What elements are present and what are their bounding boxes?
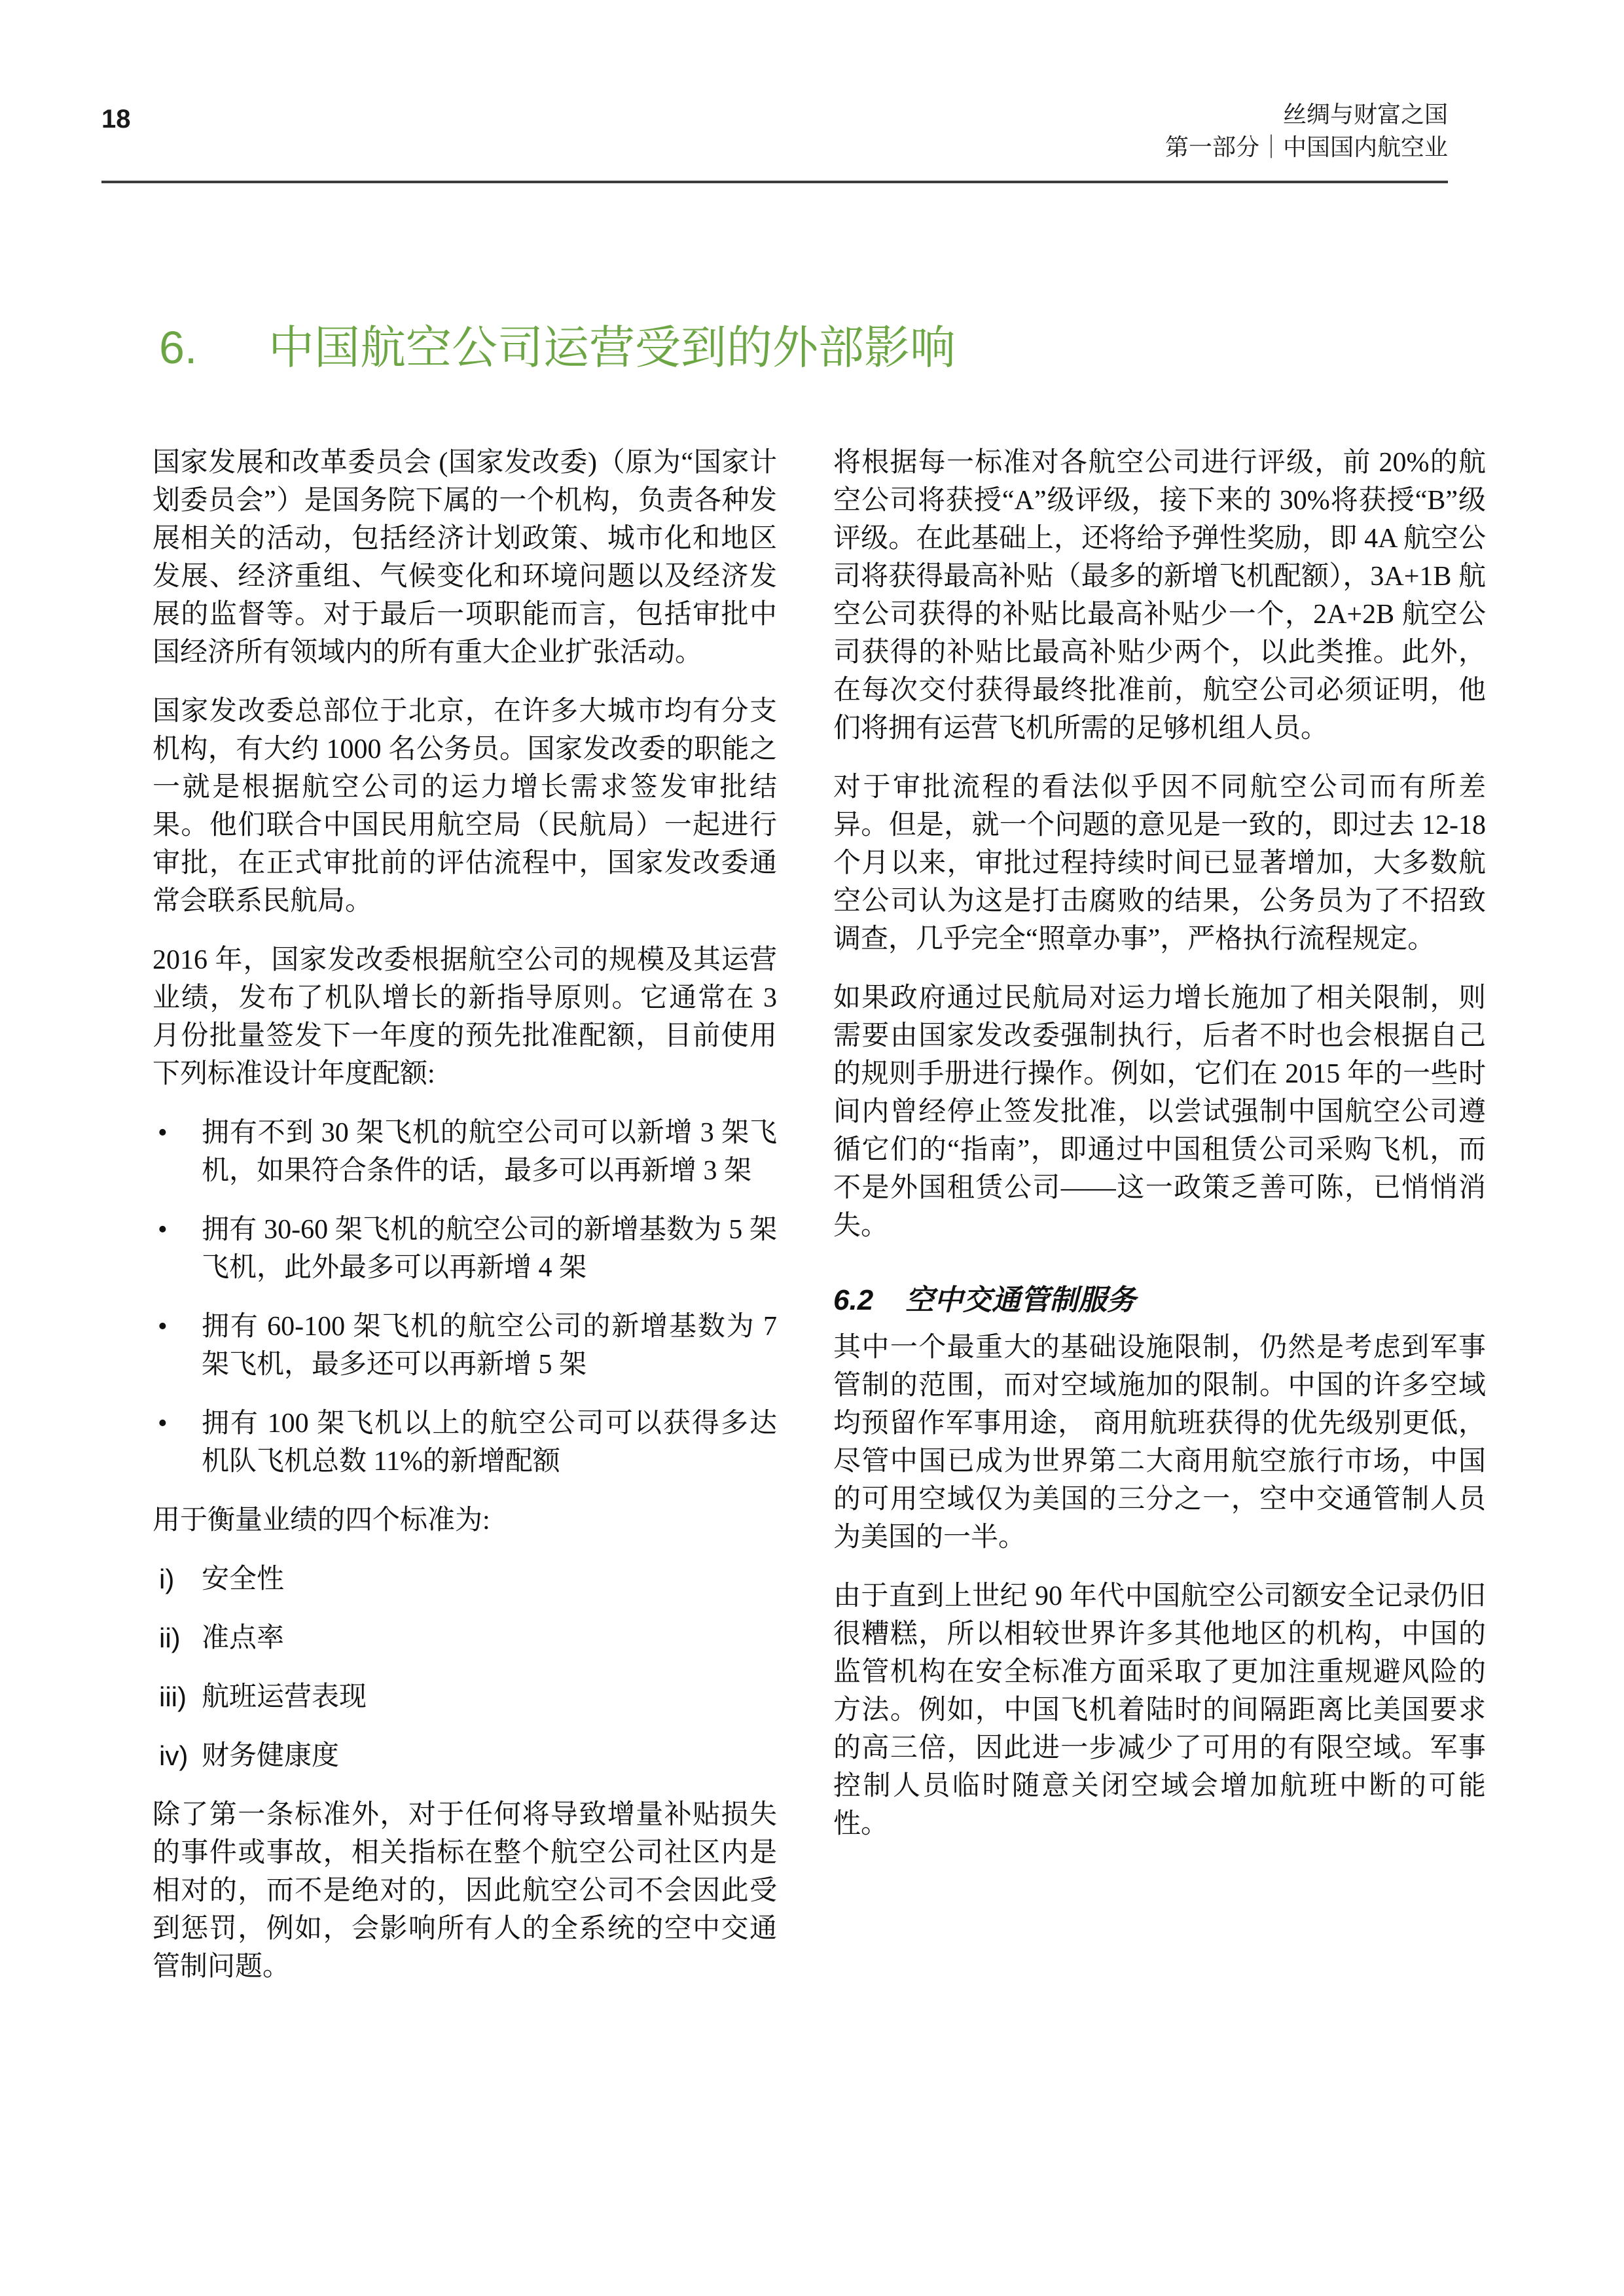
criteria-label: 准点率 [202, 1623, 284, 1653]
bullet-item: • 拥有 30-60 架飞机的航空公司的新增基数为 5 架飞机，此外最多可以再新… [153, 1211, 777, 1287]
bullet-icon: • [158, 1308, 168, 1346]
chapter-title-text: 中国航空公司运营受到的外部影响 [268, 323, 956, 374]
roman-numeral: i) [159, 1560, 174, 1598]
criteria-item: iv) 财务健康度 [153, 1737, 777, 1775]
two-column-body: 国家发展和改革委员会 (国家发改委)（原为“国家计划委员会”）是国务院下属的一个… [153, 444, 1486, 2007]
criteria-label: 财务健康度 [202, 1741, 339, 1771]
paragraph: 将根据每一标准对各航空公司进行评级，前 20%的航空公司将获授“A”级评级，接下… [833, 444, 1486, 747]
paragraph: 除了第一条标准外，对于任何将导致增量补贴损失的事件或事故，相关指标在整个航空公司… [153, 1796, 777, 1986]
criteria-item: ii) 准点率 [153, 1619, 777, 1657]
header-book-title: 丝绸与财富之国 [1165, 98, 1448, 131]
roman-numeral: ii) [159, 1619, 181, 1657]
paragraph: 国家发改委总部位于北京，在许多大城市均有分支机构，有大约 1000 名公务员。国… [153, 692, 777, 920]
paragraph: 如果政府通过民航局对运力增长施加了相关限制，则需要由国家发改委强制执行，后者不时… [833, 979, 1486, 1245]
bullet-text: 拥有 30-60 架飞机的航空公司的新增基数为 5 架飞机，此外最多可以再新增 … [202, 1215, 777, 1283]
subsection-number: 6.2 [833, 1282, 905, 1319]
roman-numeral: iii) [159, 1678, 187, 1716]
criteria-label: 航班运营表现 [202, 1682, 367, 1712]
bullet-item: • 拥有 100 架飞机以上的航空公司可以获得多达机队飞机总数 11%的新增配额 [153, 1405, 777, 1480]
document-page: 18 丝绸与财富之国 第一部分｜中国国内航空业 6.中国航空公司运营受到的外部影… [0, 0, 1624, 2296]
bullet-text: 拥有不到 30 架飞机的航空公司可以新增 3 架飞机，如果符合条件的话，最多可以… [202, 1118, 777, 1186]
bullet-icon: • [158, 1114, 168, 1152]
subsection-heading: 6.2空中交通管制服务 [833, 1282, 1486, 1319]
paragraph: 对于审批流程的看法似乎因不同航空公司而有所差异。但是，就一个问题的意见是一致的，… [833, 768, 1486, 958]
criteria-item: iii) 航班运营表现 [153, 1678, 777, 1716]
paragraph: 由于直到上世纪 90 年代中国航空公司额安全记录仍旧很糟糕，所以相较世界许多其他… [833, 1577, 1486, 1843]
chapter-title: 6.中国航空公司运营受到的外部影响 [159, 319, 956, 377]
bullet-text: 拥有 60-100 架飞机的航空公司的新增基数为 7 架飞机，最多还可以再新增 … [202, 1312, 777, 1380]
bullet-item: • 拥有 60-100 架飞机的航空公司的新增基数为 7 架飞机，最多还可以再新… [153, 1308, 777, 1384]
left-column: 国家发展和改革委员会 (国家发改委)（原为“国家计划委员会”）是国务院下属的一个… [153, 444, 777, 2007]
right-column: 将根据每一标准对各航空公司进行评级，前 20%的航空公司将获授“A”级评级，接下… [833, 444, 1486, 1864]
bullet-icon: • [158, 1211, 168, 1249]
page-number: 18 [101, 103, 131, 135]
bullet-text: 拥有 100 架飞机以上的航空公司可以获得多达机队飞机总数 11%的新增配额 [202, 1408, 777, 1477]
header-section-title: 第一部分｜中国国内航空业 [1165, 131, 1448, 164]
paragraph: 2016 年，国家发改委根据航空公司的规模及其运营业绩，发布了机队增长的新指导原… [153, 941, 777, 1093]
criteria-intro: 用于衡量业绩的四个标准为: [153, 1501, 777, 1539]
subsection-title-text: 空中交通管制服务 [905, 1284, 1136, 1316]
paragraph: 国家发展和改革委员会 (国家发改委)（原为“国家计划委员会”）是国务院下属的一个… [153, 444, 777, 672]
bullet-icon: • [158, 1405, 168, 1443]
roman-numeral: iv) [159, 1737, 188, 1775]
header-divider [101, 181, 1448, 183]
running-header: 丝绸与财富之国 第一部分｜中国国内航空业 [1165, 98, 1448, 164]
paragraph: 其中一个最重大的基础设施限制，仍然是考虑到军事管制的范围，而对空域施加的限制。中… [833, 1329, 1486, 1556]
criteria-label: 安全性 [202, 1564, 284, 1594]
criteria-item: i) 安全性 [153, 1560, 777, 1598]
chapter-number: 6. [159, 319, 268, 376]
bullet-item: • 拥有不到 30 架飞机的航空公司可以新增 3 架飞机，如果符合条件的话，最多… [153, 1114, 777, 1190]
